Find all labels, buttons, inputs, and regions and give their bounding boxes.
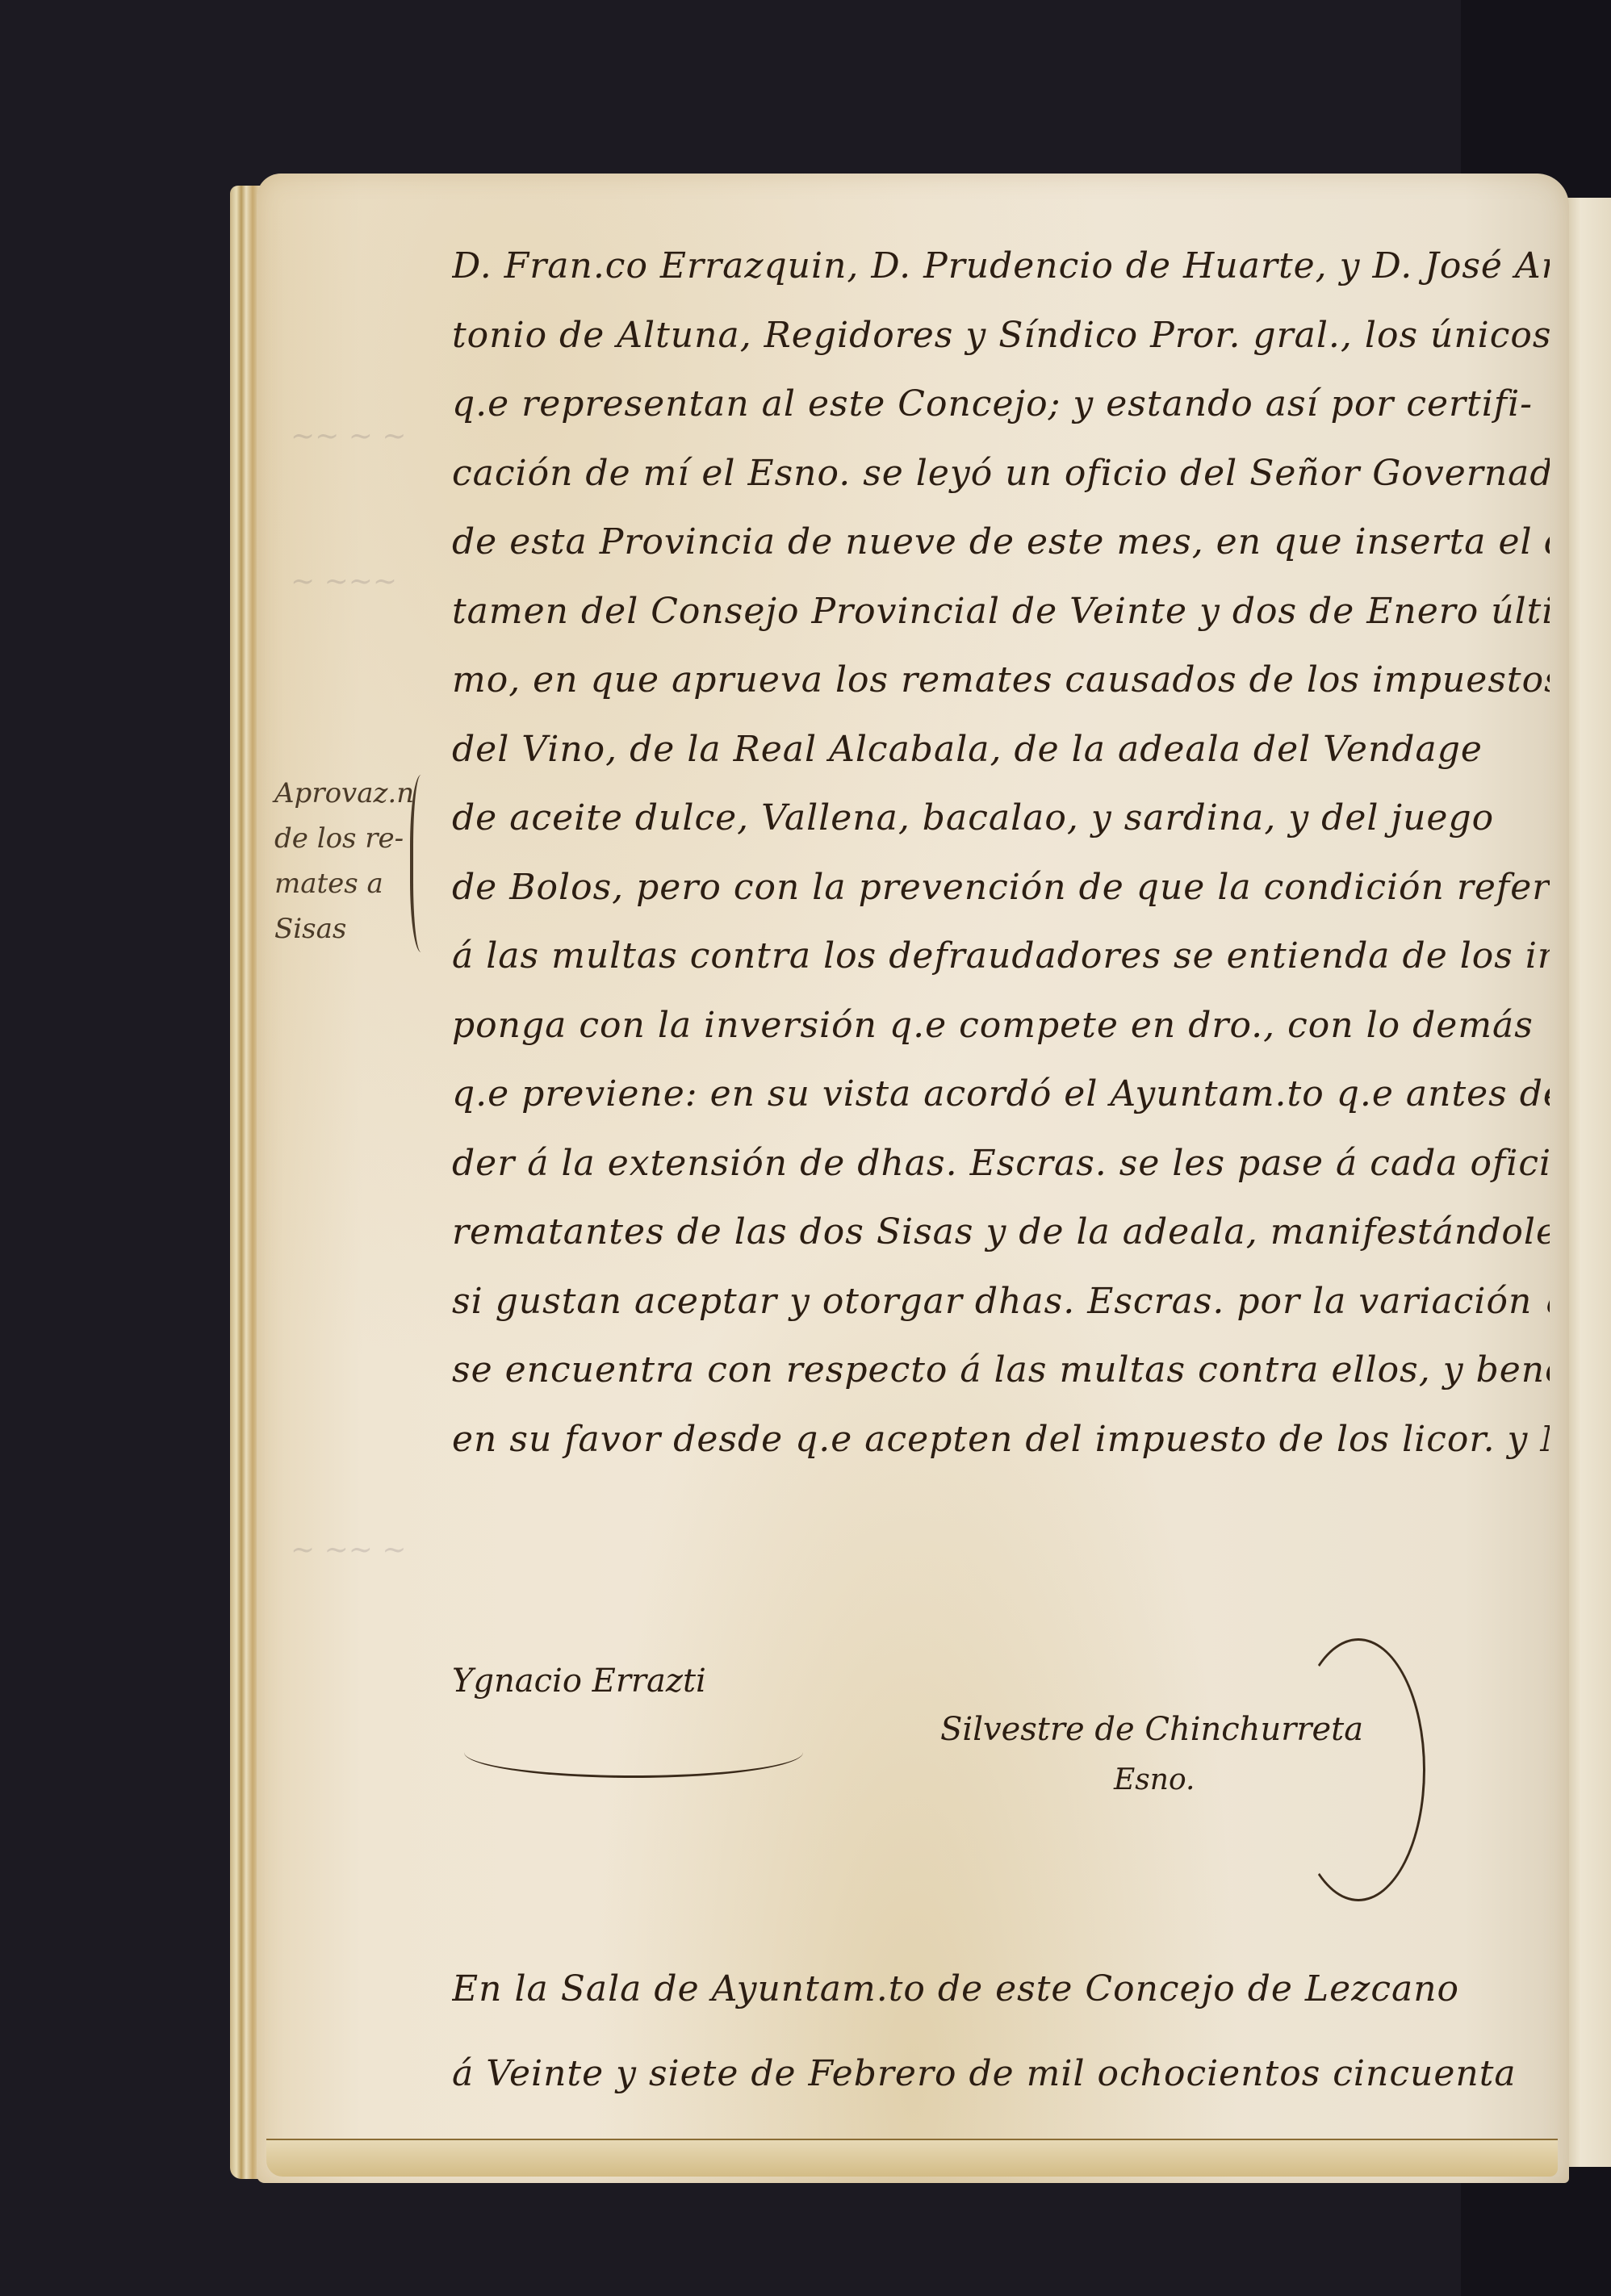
text-line: cación de mí el Esno. se leyó un oficio … [452, 450, 1550, 498]
text-line: á las multas contra los defraudadores se… [452, 932, 1550, 981]
next-entry-line: á Veinte y siete de Febrero de mil ochoc… [452, 2050, 1550, 2098]
margin-note-line: Aprovaz.n [274, 771, 428, 816]
text-line: se encuentra con respecto á las multas c… [452, 1346, 1550, 1395]
text-line: rematantes de las dos Sisas y de la adea… [452, 1208, 1550, 1257]
text-line: D. Fran.co Errazquin, D. Prudencio de Hu… [452, 242, 1550, 291]
adjacent-page-edge [1567, 198, 1611, 2167]
signature-title: Esno. [1114, 1763, 1195, 1796]
text-line: q.e previene: en su vista acordó el Ayun… [452, 1070, 1550, 1119]
text-line: tonio de Altuna, Regidores y Síndico Pro… [452, 312, 1550, 360]
text-line: der á la extensión de dhas. Escras. se l… [452, 1140, 1550, 1188]
margin-note: Aprovaz.n de los re- mates a Sisas [274, 771, 428, 951]
text-line: de esta Provincia de nueve de este mes, … [452, 518, 1550, 567]
text-line: en su favor desde q.e acepten del impues… [452, 1416, 1550, 1464]
signature-flourish-right [1291, 1638, 1425, 1901]
text-line: tamen del Consejo Provincial de Veinte y… [452, 588, 1550, 636]
bleed-through-mark: ~ ~~ ~ [291, 1533, 407, 1566]
bleed-through-mark: ~ ~~~ [291, 565, 397, 598]
margin-note-line: Sisas [274, 906, 428, 951]
text-line: de aceite dulce, Vallena, bacalao, y sar… [452, 794, 1550, 843]
text-line: q.e representan al este Concejo; y estan… [452, 380, 1550, 429]
next-entry-line: En la Sala de Ayuntam.to de este Concejo… [452, 1965, 1550, 2014]
text-line: mo, en que aprueva los remates causados … [452, 656, 1550, 705]
page-bottom-edge [266, 2139, 1558, 2177]
margin-note-line: mates a [274, 861, 428, 906]
margin-brace [410, 775, 437, 952]
bleed-through-mark: ~~ ~ ~ [291, 420, 407, 453]
text-line: de Bolos, pero con la prevención de que … [452, 864, 1550, 912]
signature-flourish-left [464, 1727, 803, 1778]
text-line: del Vino, de la Real Alcabala, de la ade… [452, 726, 1550, 774]
text-line: si gustan aceptar y otorgar dhas. Escras… [452, 1278, 1550, 1326]
margin-note-line: de los re- [274, 816, 428, 861]
text-line: ponga con la inversión q.e compete en dr… [452, 1002, 1550, 1050]
signature-ignacio-errazti: Ygnacio Errazti [452, 1662, 706, 1700]
